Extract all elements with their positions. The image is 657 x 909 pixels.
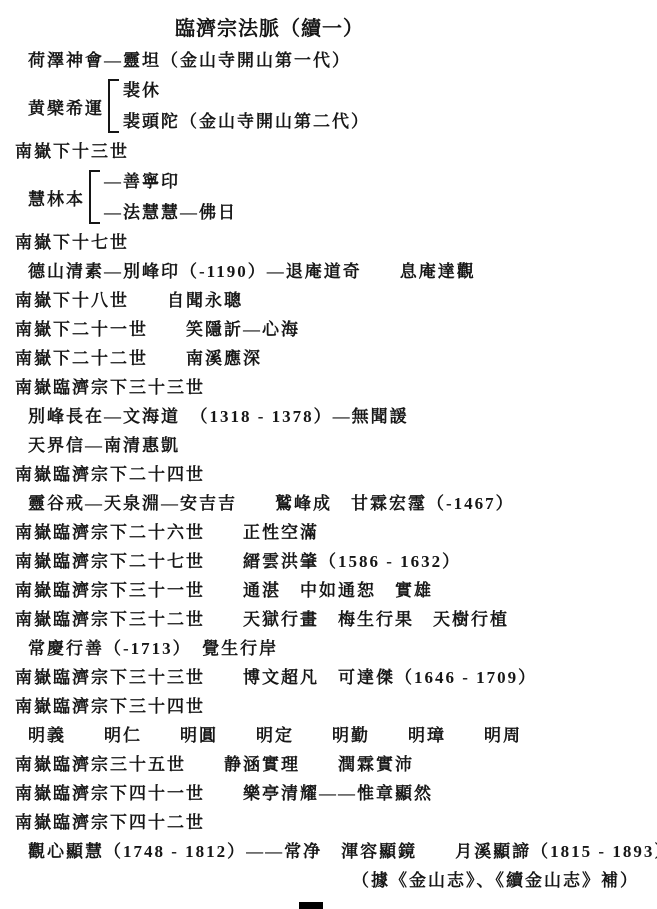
lineage-line: 別峰長在—文海道 （1318 - 1378）—無聞諼 (0, 402, 657, 431)
lineage-line: 荷澤神會—靈坦（金山寺開山第一代） (0, 46, 657, 75)
bracket-entry: —法慧慧—佛日 (104, 198, 237, 227)
generation-header: 南嶽臨濟宗三十五世 静涵實理 潤霖實沛 (0, 750, 657, 779)
bracket-entry: 裴休 (123, 76, 370, 105)
page-title: 臨濟宗法脈（續一） (0, 12, 657, 46)
generation-header: 南嶽下十三世 (0, 137, 657, 166)
lineage-line: 觀心顯慧（1748 - 1812）——常净 渾容顯鏡 月溪顯諦（1815 - 1… (0, 837, 657, 866)
generation-header: 南嶽下二十一世 笑隱訢—心海 (0, 315, 657, 344)
document-page: 臨濟宗法脈（續一） 荷澤神會—靈坦（金山寺開山第一代） 黄檗希運 裴休 裴頭陀（… (0, 0, 657, 895)
bracket-entry: 裴頭陀（金山寺開山第二代） (123, 107, 370, 136)
lineage-line: 靈谷戒—天泉淵—安吉吉 鷲峰成 甘霖宏霪（-1467） (0, 489, 657, 518)
generation-header: 南嶽臨濟宗下二十六世 正性空滿 (0, 518, 657, 547)
bracket-icon (108, 79, 119, 133)
bracket-entries: —善寧印 —法慧慧—佛日 (100, 167, 237, 227)
lineage-bracket-group: 慧林本 —善寧印 —法慧慧—佛日 (0, 166, 657, 228)
generation-header: 南嶽臨濟宗下四十一世 樂亭清耀——惟章顯然 (0, 779, 657, 808)
bracket-label: 慧林本 (28, 185, 85, 210)
generation-header: 南嶽臨濟宗下二十七世 縉雲洪肇（1586 - 1632） (0, 547, 657, 576)
lineage-bracket-group: 黄檗希運 裴休 裴頭陀（金山寺開山第二代） (0, 75, 657, 137)
source-note: （據《金山志》、《續金山志》補） (0, 866, 657, 895)
lineage-line: 明義 明仁 明圓 明定 明勤 明璋 明周 (0, 721, 657, 750)
bracket-label: 黄檗希運 (28, 94, 104, 119)
generation-header: 南嶽臨濟宗下四十二世 (0, 808, 657, 837)
scan-ink-mark (299, 902, 323, 909)
bracket-entry: —善寧印 (104, 167, 237, 196)
generation-header: 南嶽臨濟宗下三十一世 通湛 中如通恕 實雄 (0, 576, 657, 605)
lineage-line: 常慶行善（-1713） 覺生行岸 (0, 634, 657, 663)
bracket-icon (89, 170, 100, 224)
generation-header: 南嶽下十七世 (0, 228, 657, 257)
generation-header: 南嶽臨濟宗下二十四世 (0, 460, 657, 489)
generation-header: 南嶽下二十二世 南溪應深 (0, 344, 657, 373)
generation-header: 南嶽臨濟宗下三十三世 (0, 373, 657, 402)
generation-header: 南嶽臨濟宗下三十四世 (0, 692, 657, 721)
lineage-line: 德山清素—別峰印（-1190）—退庵道奇 息庵達觀 (0, 257, 657, 286)
generation-header: 南嶽臨濟宗下三十三世 博文超凡 可達傑（1646 - 1709） (0, 663, 657, 692)
bracket-entries: 裴休 裴頭陀（金山寺開山第二代） (119, 76, 370, 136)
generation-header: 南嶽臨濟宗下三十二世 天獄行畫 梅生行果 天樹行植 (0, 605, 657, 634)
lineage-line: 天界信—南清惠凱 (0, 431, 657, 460)
generation-header: 南嶽下十八世 自聞永聰 (0, 286, 657, 315)
